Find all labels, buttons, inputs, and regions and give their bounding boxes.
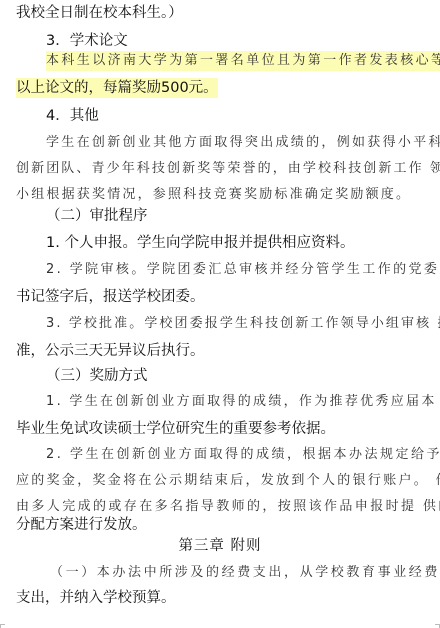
paragraph-line: 支出，并纳入学校预算。 bbox=[16, 588, 176, 608]
list-item: 2. 学院审核。学院团委汇总审核并经分管学生工作的党委 副 bbox=[46, 260, 440, 280]
highlighted-paragraph-line: 本科生以济南大学为第一署名单位且为第一作者发表核心等级 bbox=[46, 51, 440, 71]
document-page: 我校全日制在校本科生。） 3．学术论文 本科生以济南大学为第一署名单位且为第一作… bbox=[0, 0, 440, 628]
highlighted-paragraph-line: 以上论文的，每篇奖励500元。 bbox=[16, 78, 218, 98]
list-item: 1. 个人申报。学生向学院申报并提供相应资料。 bbox=[46, 233, 354, 253]
paragraph-line: 书记签字后，报送学校团委。 bbox=[16, 287, 205, 307]
paragraph-line: （一）本办法中所涉及的经费支出，从学校教育事业经费中 bbox=[50, 563, 440, 583]
list-item: 1. 学生在创新创业方面取得的成绩，作为推荐优秀应届本 科 bbox=[46, 392, 440, 412]
page-corner-mark bbox=[435, 624, 440, 628]
paragraph-line: 由多人完成的或存在多名指导教师的，按照该作品申报时提 供的 bbox=[16, 497, 440, 517]
paragraph-line: 准，公示三天无异议后执行。 bbox=[16, 341, 205, 361]
section-heading-academic-papers: 3．学术论文 bbox=[46, 31, 128, 51]
paragraph-line: 分配方案进行发放。 bbox=[16, 515, 147, 535]
subsection-heading-reward-method: （三）奖励方式 bbox=[46, 366, 148, 386]
paragraph-line: 小组根据获奖情况，参照科技竞赛奖励标准确定奖励额度。 bbox=[16, 185, 411, 205]
paragraph-line: 学生在创新创业其他方面取得突出成绩的，例如获得小平科 技 bbox=[46, 133, 440, 153]
list-item: 3. 学校批准。学校团委报学生科技创新工作领导小组审核 批 bbox=[46, 314, 440, 334]
paragraph-line: 毕业生免试攻读硕士学位研究生的重要参考依据。 bbox=[16, 419, 335, 439]
paragraph-line: 创新团队、青少年科技创新奖等荣誉的，由学校科技创新工作 领导 bbox=[16, 159, 440, 179]
paragraph-line: 应的奖金，奖金将在公示期结束后，发放到个人的银行账户。 作品 bbox=[16, 471, 440, 491]
section-heading-other: 4．其他 bbox=[46, 106, 99, 126]
paragraph-line: 我校全日制在校本科生。） bbox=[16, 3, 183, 23]
list-item: 2. 学生在创新创业方面取得的成绩，根据本办法规定给予 相 bbox=[46, 445, 440, 465]
subsection-heading-approval-procedure: （二）审批程序 bbox=[46, 206, 148, 226]
chapter-heading: 第三章 附则 bbox=[0, 536, 440, 556]
page-corner-mark bbox=[0, 624, 5, 628]
